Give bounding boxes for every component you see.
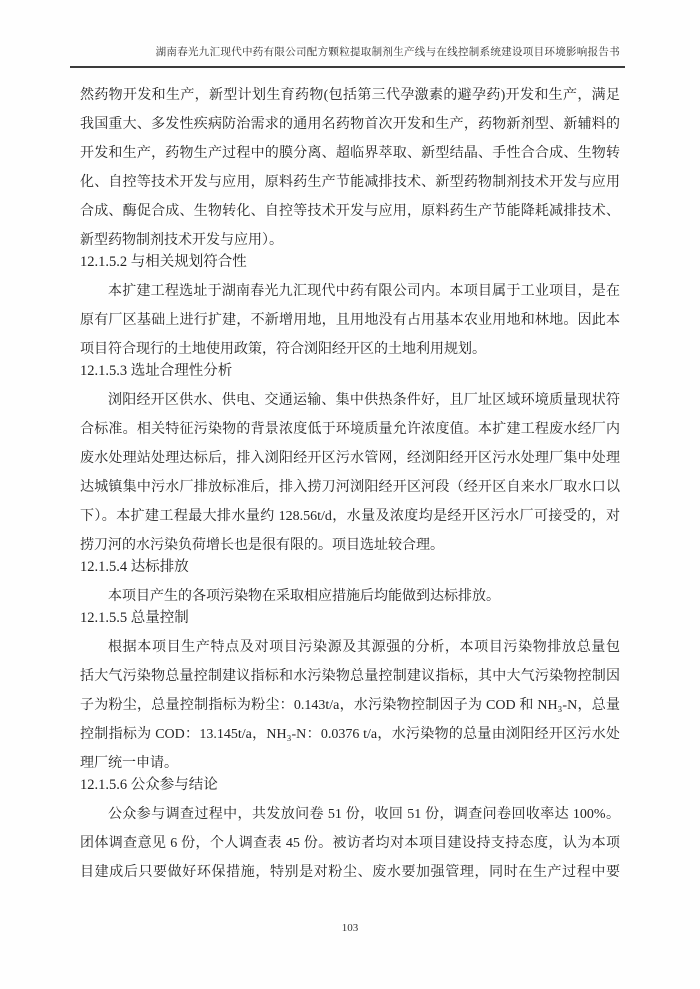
doc-line: 合成、酶促合成、生物转化、自控等技术开发与应用，原料药生产节能降耗减排技术、 [80,197,620,226]
section-paragraph: 公众参与调查过程中，共发放问卷 51 份，收回 51 份，调查问卷回收率达 10… [80,800,620,887]
doc-line: 下）。本扩建工程最大排水量约 128.56t/d，水量及浓度均是经开区污水厂可接… [80,502,620,531]
doc-line: 控制指标为 COD：13.145t/a，NH₃-N：0.0376 t/a，水污染… [80,720,620,749]
doc-line: 化、自控等技术开发与应用，原料药生产节能减排技术、新型药物制剂技术开发与应用 [80,168,620,197]
document-page: 湖南春光九汇现代中药有限公司配方颗粒提取制剂生产线与在线控制系统建设项目环境影响… [0,0,700,989]
doc-line: 浏阳经开区供水、供电、交通运输、集中供热条件好，且厂址区域环境质量现状符 [80,386,620,415]
page-number: 103 [0,922,700,934]
section-paragraph: 本扩建工程选址于湖南春光九汇现代中药有限公司内。本项目属于工业项目，是在 原有厂… [80,277,620,364]
doc-line: 根据本项目生产特点及对项目污染源及其源强的分析，本项目污染物排放总量包 [80,633,620,662]
section-paragraph: 根据本项目生产特点及对项目污染源及其源强的分析，本项目污染物排放总量包 括大气污… [80,633,620,778]
doc-line: 达城镇集中污水厂排放标准后，排入捞刀河浏阳经开区河段（经开区自来水厂取水口以 [80,473,620,502]
section-heading-12-1-5-6: 12.1.5.6 公众参与结论 [80,771,620,800]
document-body: 然药物开发和生产，新型计划生育药物(包括第三代孕激素的避孕药)开发和生产，满足 … [80,81,620,887]
doc-line: 目建成后只要做好环保措施，特别是对粉尘、废水要加强管理，同时在生产过程中要 [80,858,620,887]
doc-line: 我国重大、多发性疾病防治需求的通用名药物首次开发和生产，药物新剂型、新辅料的 [80,110,620,139]
doc-line: 本扩建工程选址于湖南春光九汇现代中药有限公司内。本项目属于工业项目，是在 [80,277,620,306]
report-header-title: 湖南春光九汇现代中药有限公司配方颗粒提取制剂生产线与在线控制系统建设项目环境影响… [70,44,620,59]
header-divider-rule [70,66,625,68]
doc-line: 开发和生产，药物生产过程中的膜分离、超临界萃取、新型结晶、手性合合成、生物转 [80,139,620,168]
doc-line: 括大气污染物总量控制建议指标和水污染物总量控制建议指标，其中大气污染物控制因 [80,662,620,691]
intro-paragraph: 然药物开发和生产，新型计划生育药物(包括第三代孕激素的避孕药)开发和生产，满足 … [80,81,620,255]
doc-line: 团体调查意见 6 份，个人调查表 45 份。被访者均对本项目建设持支持态度，认为… [80,829,620,858]
doc-line: 公众参与调查过程中，共发放问卷 51 份，收回 51 份，调查问卷回收率达 10… [80,800,620,829]
doc-line: 合标准。相关特征污染物的背景浓度低于环境质量允许浓度值。本扩建工程废水经厂内 [80,415,620,444]
doc-line: 原有厂区基础上进行扩建，不新增用地，且用地没有占用基本农业用地和林地。因此本 [80,306,620,335]
section-paragraph: 浏阳经开区供水、供电、交通运输、集中供热条件好，且厂址区域环境质量现状符 合标准… [80,386,620,560]
doc-line: 子为粉尘，总量控制指标为粉尘：0.143t/a，水污染物控制因子为 COD 和 … [80,691,620,720]
doc-line: 然药物开发和生产，新型计划生育药物(包括第三代孕激素的避孕药)开发和生产，满足 [80,81,620,110]
doc-line: 废水处理站处理达标后，排入浏阳经开区污水管网，经浏阳经开区污水处理厂集中处理 [80,444,620,473]
section-heading-12-1-5-2: 12.1.5.2 与相关规划符合性 [80,248,620,277]
